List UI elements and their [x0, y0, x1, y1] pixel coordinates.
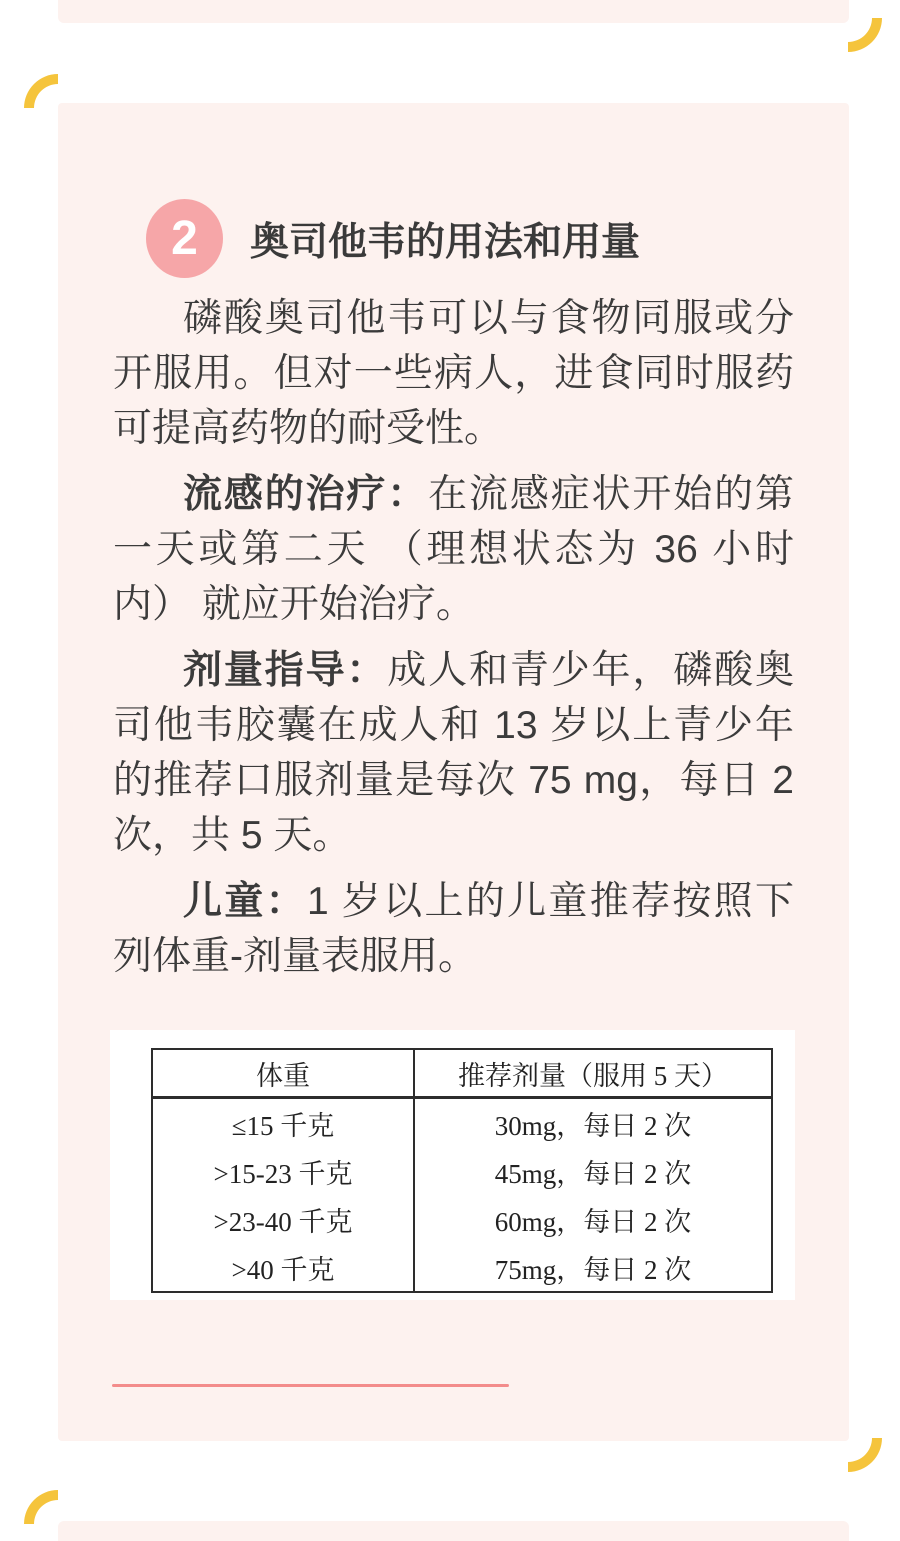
table-header-row: 体重 推荐剂量（服用 5 天） — [152, 1049, 772, 1098]
footer-divider-line — [112, 1384, 509, 1387]
paragraph-text: 磷酸奥司他韦可以与食物同服或分开服用。但对一些病人，进食同时服药可提高药物的耐受… — [113, 297, 794, 450]
corner-arc-bottom-left-icon — [24, 1490, 58, 1524]
table-cell: 75mg，每日 2 次 — [414, 1243, 772, 1292]
table-cell: 45mg，每日 2 次 — [414, 1147, 772, 1195]
paragraph-intro: 磷酸奥司他韦可以与食物同服或分开服用。但对一些病人，进食同时服药可提高药物的耐受… — [113, 291, 794, 456]
table-row: >15-23 千克45mg，每日 2 次 — [152, 1147, 772, 1195]
dosage-table-body: ≤15 千克30mg，每日 2 次>15-23 千克45mg，每日 2 次>23… — [152, 1098, 772, 1293]
next-card-top-strip — [58, 1521, 849, 1541]
section-body: 磷酸奥司他韦可以与食物同服或分开服用。但对一些病人，进食同时服药可提高药物的耐受… — [113, 291, 794, 995]
previous-card-bottom-strip — [58, 0, 849, 23]
paragraph-flu-treatment: 流感的治疗：在流感症状开始的第一天或第二天 （理想状态为 36 小时内） 就应开… — [113, 467, 794, 632]
corner-arc-bottom-right-icon — [848, 1438, 882, 1472]
dosage-table: 体重 推荐剂量（服用 5 天） ≤15 千克30mg，每日 2 次>15-23 … — [151, 1048, 773, 1293]
paragraph-dosage-guide: 剂量指导：成人和青少年，磷酸奥司他韦胶囊在成人和 13 岁以上青少年的推荐口服剂… — [113, 643, 794, 863]
table-header-dosage: 推荐剂量（服用 5 天） — [414, 1049, 772, 1098]
section-header: 2 奥司他韦的用法和用量 — [146, 199, 640, 278]
table-cell: >40 千克 — [152, 1243, 414, 1292]
paragraph-lead: 剂量指导： — [183, 649, 387, 692]
corner-arc-top-left-icon — [24, 74, 58, 108]
table-row: >23-40 千克60mg，每日 2 次 — [152, 1195, 772, 1243]
table-row: ≤15 千克30mg，每日 2 次 — [152, 1098, 772, 1148]
dosage-table-head: 体重 推荐剂量（服用 5 天） — [152, 1049, 772, 1098]
table-cell: 30mg，每日 2 次 — [414, 1098, 772, 1148]
table-cell: >23-40 千克 — [152, 1195, 414, 1243]
paragraph-lead: 儿童： — [183, 880, 307, 923]
table-row: >40 千克75mg，每日 2 次 — [152, 1243, 772, 1292]
paragraph-children: 儿童：1 岁以上的儿童推荐按照下列体重-剂量表服用。 — [113, 874, 794, 984]
article-section-card: 2 奥司他韦的用法和用量 磷酸奥司他韦可以与食物同服或分开服用。但对一些病人，进… — [58, 103, 849, 1441]
dosage-table-container: 体重 推荐剂量（服用 5 天） ≤15 千克30mg，每日 2 次>15-23 … — [110, 1030, 795, 1300]
section-title: 奥司他韦的用法和用量 — [250, 211, 640, 267]
table-header-weight: 体重 — [152, 1049, 414, 1098]
paragraph-lead: 流感的治疗： — [183, 473, 428, 516]
corner-arc-top-right-icon — [848, 18, 882, 52]
table-cell: 60mg，每日 2 次 — [414, 1195, 772, 1243]
table-cell: >15-23 千克 — [152, 1147, 414, 1195]
table-cell: ≤15 千克 — [152, 1098, 414, 1148]
section-number-badge: 2 — [146, 199, 223, 278]
